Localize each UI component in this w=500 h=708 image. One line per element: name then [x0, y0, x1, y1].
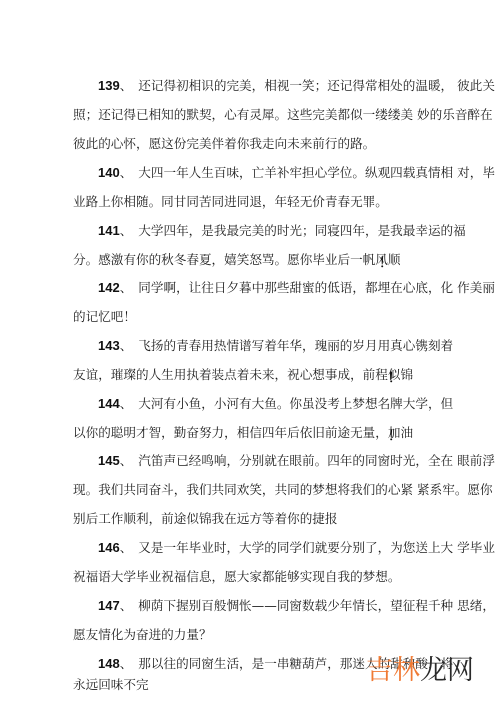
entry-number: 143	[98, 338, 120, 353]
entry-number: 140	[98, 165, 120, 180]
site-watermark-logo: 吉林龙网	[366, 655, 474, 687]
entry-141-line-2: 分。感激有你的秋冬春夏，嬉笑怒骂。愿你毕业后一帆风顺	[73, 252, 400, 268]
entry-145-line-2: 现。我们共同奋斗，我们共同欢笑，共同的梦想将我们的心紧 紧系牢。愿你	[73, 482, 493, 498]
entry-146-line-2: 祝福语大学毕业祝福信息，愿大家都能够实现自我的梦想。	[73, 569, 400, 585]
entry-139-line-1: 139、还记得初相识的完美，相视一笑；还记得常相处的温暖， 彼此关	[98, 78, 495, 94]
entry-140-line-1: 140、大四一年人生百味，亡羊补牢担心学位。纵观四载真情相 对，毕	[98, 165, 495, 181]
entry-number: 145	[98, 453, 120, 468]
document-page: 139、还记得初相识的完美，相视一笑；还记得常相处的温暖， 彼此关 照；还记得已…	[0, 0, 500, 708]
entry-number: 141	[98, 223, 120, 238]
entry-148-line-2: 永远回味不完	[73, 677, 149, 693]
entry-139-line-2: 照；还记得已相知的默契，心有灵犀。这些完美都似一缕缕美 妙的乐音醉在	[73, 107, 493, 123]
entry-145-line-3: 别后工作顺利，前途似锦我在远方等着你的捷报	[73, 511, 337, 527]
entry-144-line-2: 以你的聪明才智，勤奋努力，相信四年后依旧前途无量，加油	[73, 425, 413, 441]
entry-142-line-1: 142、同学啊，让往日夕暮中那些甜蜜的低语，都埋在心底，化 作美丽	[98, 280, 495, 296]
entry-143-line-2: 友谊，璀璨的人生用执着装点着未来，祝心想事成，前程似锦	[73, 367, 413, 383]
entry-number: 148	[98, 656, 120, 671]
entry-number: 146	[98, 540, 120, 555]
entry-141-line-1: 141、大学四年，是我最完美的时光；同寝四年，是我最幸运的福	[98, 223, 466, 239]
entry-144-line-1: 144、大河有小鱼，小河有大鱼。你虽没考上梦想名牌大学，但	[98, 396, 453, 412]
entry-147-line-1: 147、柳荫下握别百般惆怅——同窗数载少年情长，望征程千种 思绪，	[98, 598, 495, 614]
watermark-part-1: 吉林	[366, 655, 420, 686]
watermark-part-2: 龙网	[420, 655, 474, 686]
entry-145-line-1: 145、汽笛声已经鸣响，分别就在眼前。四年的同窗时光，全在 眼前浮	[98, 453, 495, 469]
entry-number: 142	[98, 280, 120, 295]
entry-139-line-3: 彼此的心怀，愿这份完美伴着你我走向未来前行的路。	[73, 136, 375, 152]
entry-number: 147	[98, 598, 120, 613]
entry-143-line-1: 143、飞扬的青春用热情谱写着年华，瑰丽的岁月用真心镌刻着	[98, 338, 453, 354]
entry-144-trailing-mark: ！	[388, 425, 401, 444]
entry-147-line-2: 愿友情化为奋进的力量？	[73, 627, 212, 643]
entry-146-line-1: 146、又是一年毕业时，大学的同学们就要分别了，为您送上大 学毕业	[98, 540, 495, 556]
entry-142-line-2: 的记忆吧！	[73, 309, 136, 325]
entry-number: 144	[98, 396, 120, 411]
entry-141-trailing-mark: ！	[379, 252, 392, 271]
entry-140-line-2: 业路上你相随。同甘同苦同进同退，年轻无价青春无罪。	[73, 194, 388, 210]
entry-143-trailing-mark: ！	[388, 367, 401, 386]
entry-number: 139	[98, 78, 120, 93]
